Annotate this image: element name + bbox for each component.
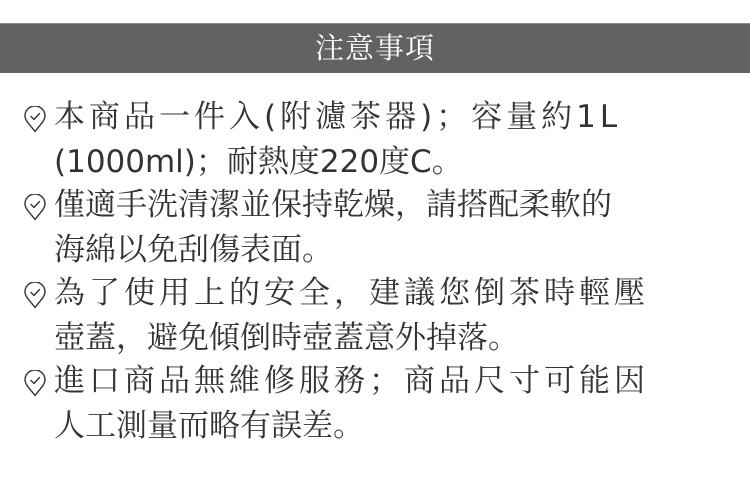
notice-line: 進口商品無維修服務；商品尺寸可能因: [54, 359, 730, 404]
notice-title: 注意事項: [315, 34, 435, 63]
check-pin-icon: [23, 106, 47, 133]
notice-line: 本商品一件入(附濾茶器)；容量約1L: [54, 95, 730, 140]
notice-line: 海綿以免刮傷表面。: [54, 228, 730, 273]
notice-line: (1000ml)；耐熱度220度C。: [54, 140, 730, 185]
notice-line: 為了使用上的安全，建議您倒茶時輕壓: [54, 271, 730, 316]
notice-item: 為了使用上的安全，建議您倒茶時輕壓 壺蓋，避免傾倒時壺蓋意外掉落。: [0, 271, 750, 361]
check-pin-icon: [23, 282, 47, 309]
notice-item: 本商品一件入(附濾茶器)；容量約1L (1000ml)；耐熱度220度C。: [0, 95, 750, 185]
check-pin-icon: [23, 370, 47, 397]
notice-list: 本商品一件入(附濾茶器)；容量約1L (1000ml)；耐熱度220度C。 僅適…: [0, 95, 750, 447]
notice-line: 人工測量而略有誤差。: [54, 404, 730, 449]
notice-item: 進口商品無維修服務；商品尺寸可能因 人工測量而略有誤差。: [0, 359, 750, 449]
notice-header: 注意事項: [0, 23, 750, 73]
check-pin-icon: [23, 194, 47, 221]
notice-line: 僅適手洗清潔並保持乾燥，請搭配柔軟的: [54, 183, 730, 228]
notice-line: 壺蓋，避免傾倒時壺蓋意外掉落。: [54, 316, 730, 361]
notice-item: 僅適手洗清潔並保持乾燥，請搭配柔軟的 海綿以免刮傷表面。: [0, 183, 750, 273]
